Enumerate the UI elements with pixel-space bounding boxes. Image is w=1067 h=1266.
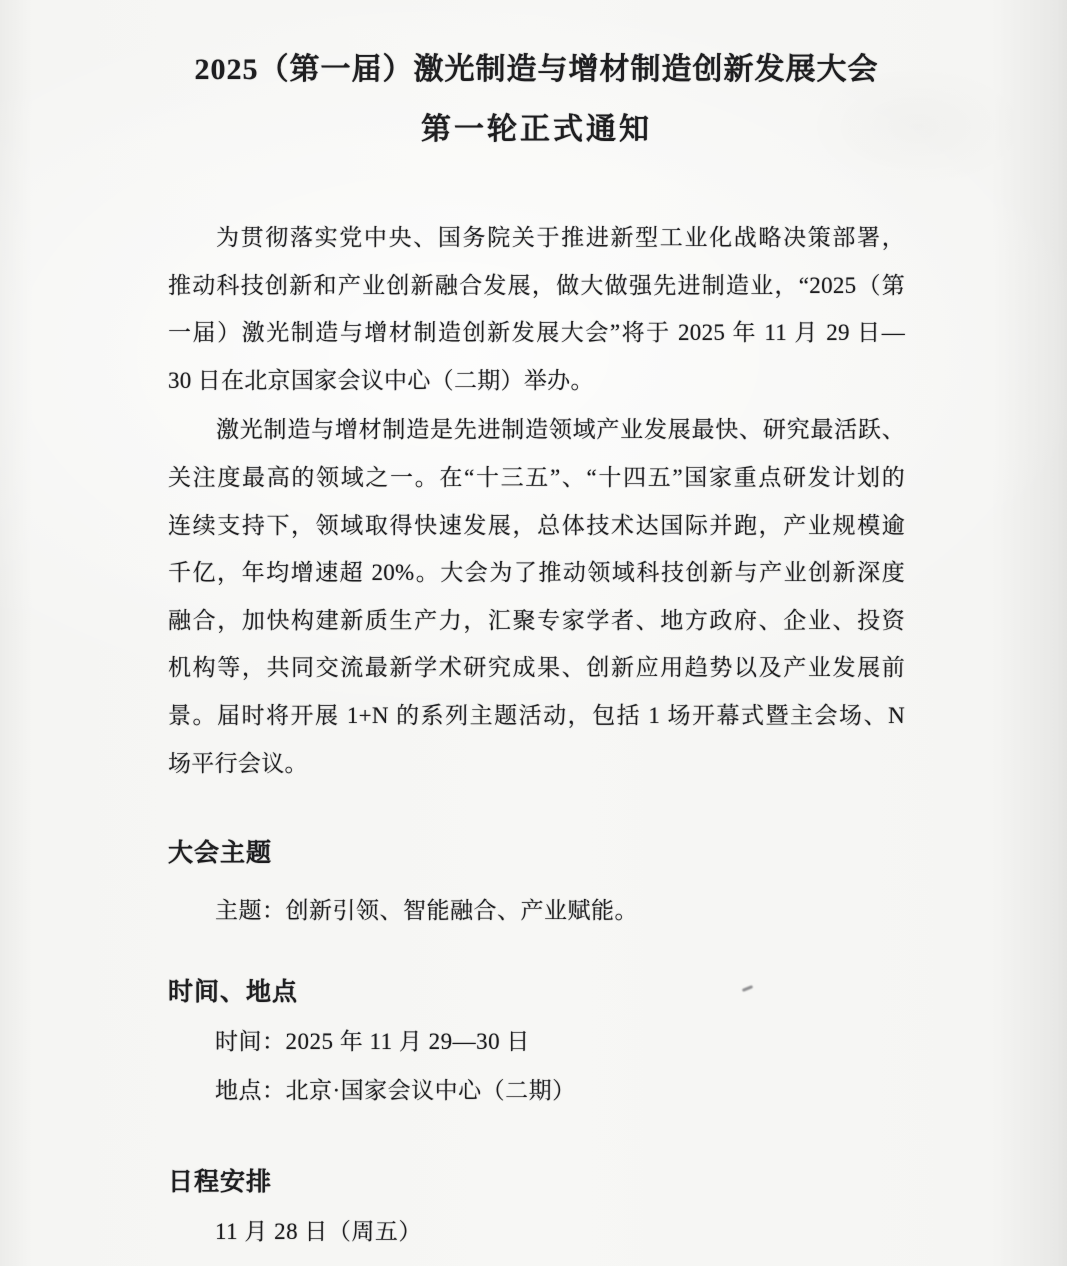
- section-heading-time-location: 时间、地点: [168, 975, 905, 1011]
- time-line: 时间：2025 年 11 月 29—30 日: [168, 1017, 905, 1066]
- section-body-schedule: 11 月 28 日（周五）: [168, 1207, 905, 1256]
- paragraph-1-line-4: 30 日在北京国家会议中心（二期）举办。: [168, 357, 905, 405]
- document-content: 2025（第一届）激光制造与增材制造创新发展大会 第一轮正式通知 为贯彻落实党中…: [168, 0, 905, 1256]
- paragraph-2-line-8: 场平行会议。: [168, 740, 905, 788]
- location-line: 地点：北京·国家会议中心（二期）: [168, 1066, 905, 1115]
- paragraph-2-line-6: 机构等，共同交流最新学术研究成果、创新应用趋势以及产业发展前: [168, 644, 905, 692]
- paragraph-2-line-4: 千亿，年均增速超 20%。大会为了推动领域科技创新与产业创新深度: [168, 549, 905, 597]
- document-title-line-1: 2025（第一届）激光制造与增材制造创新发展大会: [168, 49, 905, 91]
- paragraph-1-line-3: 一届）激光制造与增材制造创新发展大会”将于 2025 年 11 月 29 日—: [168, 309, 905, 357]
- scanned-document-page: 2025（第一届）激光制造与增材制造创新发展大会 第一轮正式通知 为贯彻落实党中…: [0, 0, 1067, 1266]
- paragraph-2-line-3: 连续支持下，领域取得快速发展，总体技术达国际并跑，产业规模逾: [168, 502, 905, 550]
- paragraph-2-line-2: 关注度最高的领域之一。在“十三五”、“十四五”国家重点研发计划的: [168, 454, 905, 502]
- section-heading-conference-theme: 大会主题: [168, 836, 905, 872]
- paragraph-1: 为贯彻落实党中央、国务院关于推进新型工业化战略决策部署， 推动科技创新和产业创新…: [168, 214, 905, 404]
- paragraph-2-line-7: 景。届时将开展 1+N 的系列主题活动，包括 1 场开幕式暨主会场、N: [168, 692, 905, 740]
- paragraph-2: 激光制造与增材制造是先进制造领域产业发展最快、研究最活跃、 关注度最高的领域之一…: [168, 406, 905, 787]
- paragraph-2-line-5: 融合，加快构建新质生产力，汇聚专家学者、地方政府、企业、投资: [168, 597, 905, 645]
- schedule-date-line: 11 月 28 日（周五）: [168, 1207, 905, 1256]
- theme-line: 主题：创新引领、智能融合、产业赋能。: [168, 886, 905, 935]
- paragraph-1-line-2: 推动科技创新和产业创新融合发展，做大做强先进制造业，“2025（第: [168, 262, 905, 310]
- paragraph-2-line-1: 激光制造与增材制造是先进制造领域产业发展最快、研究最活跃、: [168, 406, 905, 454]
- document-title-line-2: 第一轮正式通知: [168, 110, 905, 150]
- section-body-time-location: 时间：2025 年 11 月 29—30 日 地点：北京·国家会议中心（二期）: [168, 1017, 905, 1115]
- section-body-conference-theme: 主题：创新引领、智能融合、产业赋能。: [168, 886, 905, 935]
- paragraph-1-line-1: 为贯彻落实党中央、国务院关于推进新型工业化战略决策部署，: [168, 214, 905, 262]
- section-heading-schedule: 日程安排: [168, 1165, 905, 1201]
